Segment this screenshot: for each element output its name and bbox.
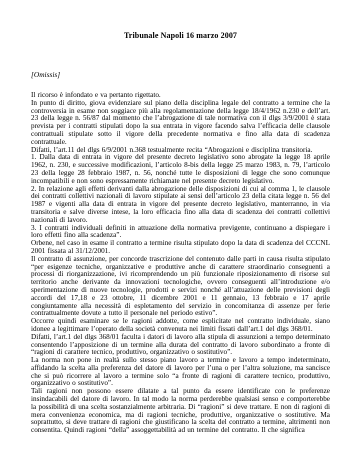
document-title: Tribunale Napoli 16 marzo 2007 — [31, 31, 330, 40]
paragraph: Orbene, nel caso in esame il contratto a… — [31, 240, 330, 256]
document-page: Tribunale Napoli 16 marzo 2007 [Omissis]… — [0, 0, 360, 466]
paragraph: La norma non pone in realtà sullo stesso… — [31, 357, 330, 388]
paragraph: Difatti, l’art.1 del dlgs 368/01 faculta… — [31, 334, 330, 357]
paragraph: Occorre quindi esaminare se le ragioni a… — [31, 318, 330, 334]
paragraph: 3. I contratti individuali definiti in a… — [31, 225, 330, 241]
document-body: Il ricorso è infondato e va pertanto rig… — [31, 92, 330, 435]
paragraph: Il contratto di assunzione, per concorde… — [31, 256, 330, 318]
paragraph: In punto di diritto, giova evidenziare s… — [31, 100, 330, 147]
paragraph: 1. Dalla data di entrata in vigore del p… — [31, 154, 330, 185]
omissis-marker: [Omissis] — [31, 71, 330, 79]
paragraph: Tali ragioni non possono essere dilatate… — [31, 388, 330, 435]
paragraph: 2. In relazione agli effetti derivanti d… — [31, 186, 330, 225]
